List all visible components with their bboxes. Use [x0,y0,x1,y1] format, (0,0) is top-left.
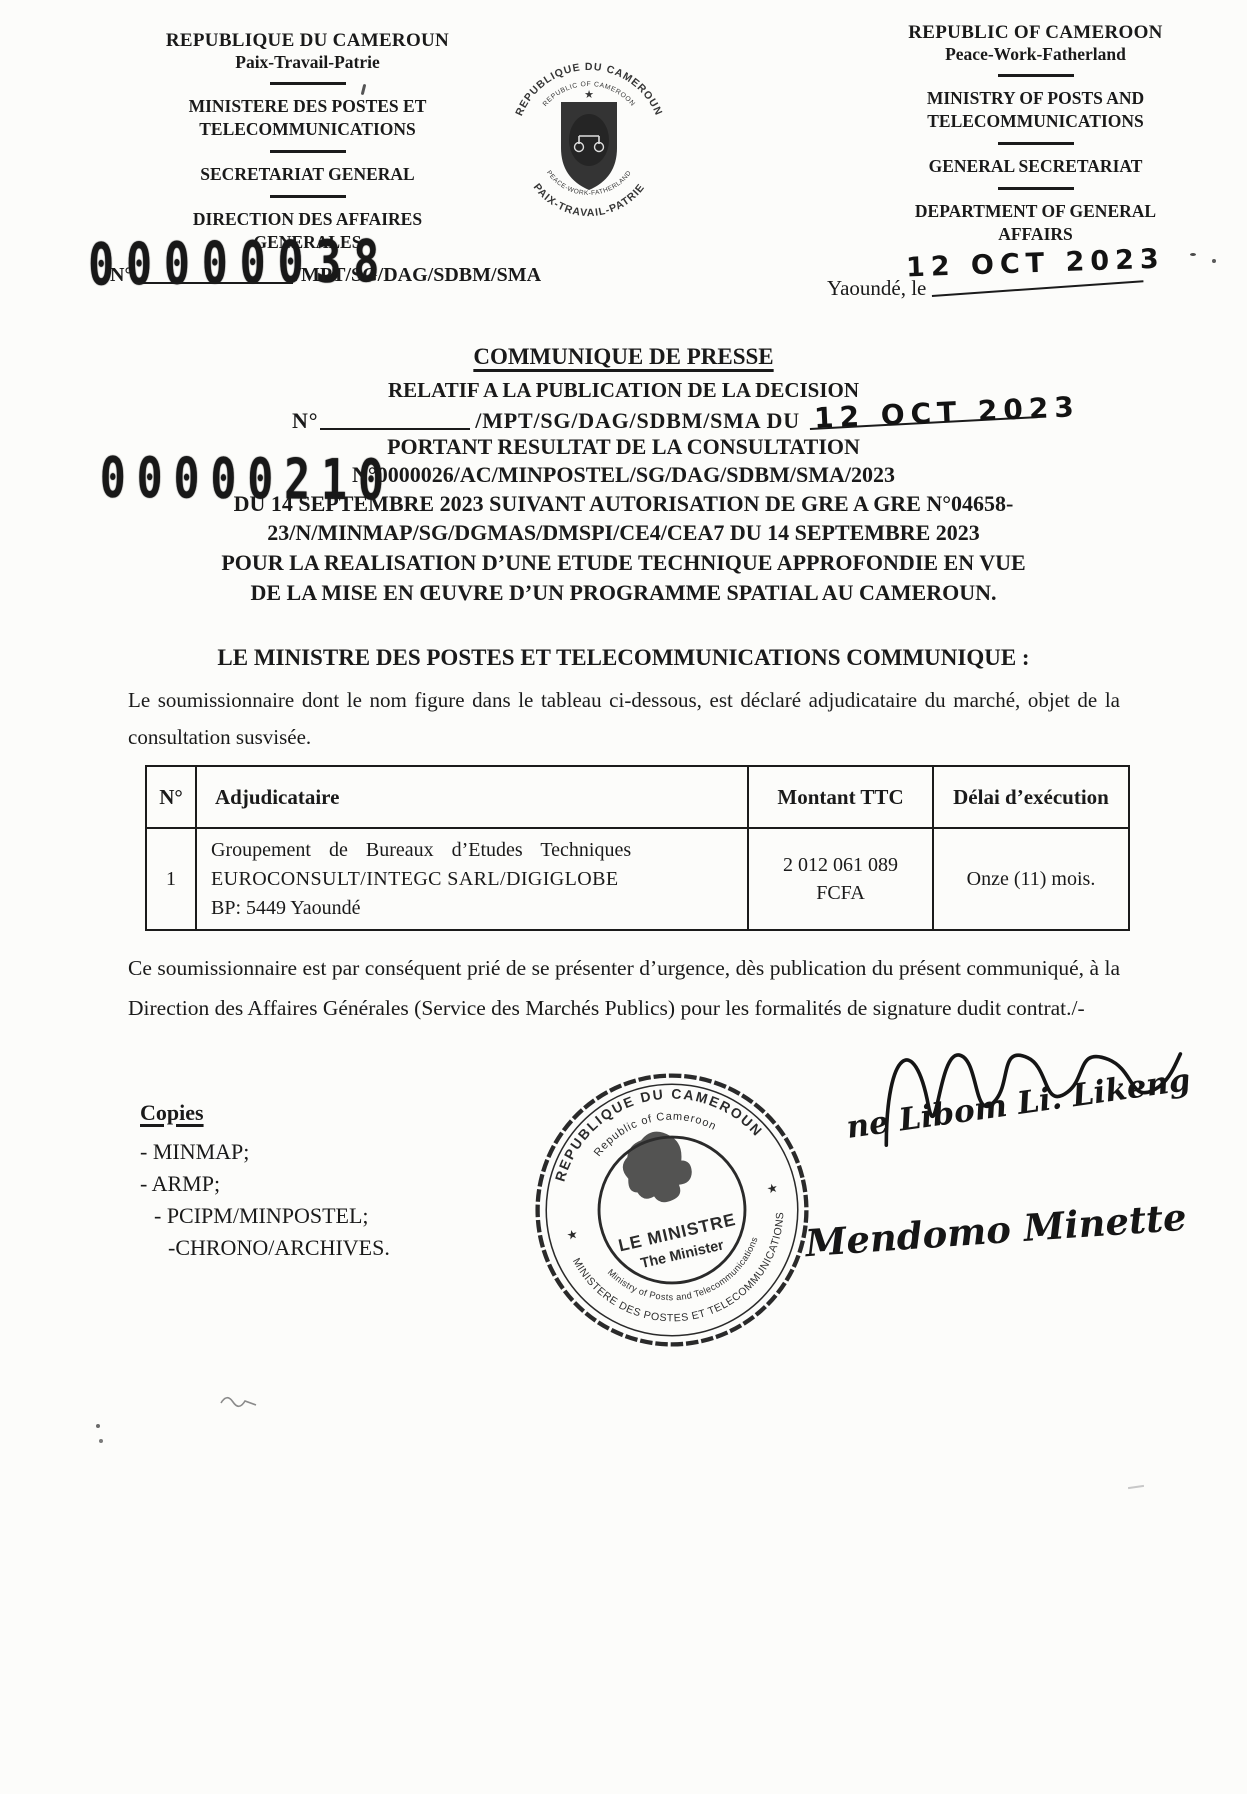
col-header-num: N° [146,766,196,828]
signature-name-line2: Mendomo Minette [804,1195,1188,1266]
title-ref-prefix: N° [292,408,318,434]
cell-delai: Onze (11) mois. [933,828,1129,930]
scan-artifact [1212,259,1216,263]
scanned-press-release-page: REPUBLIQUE DU CAMEROUN Paix-Travail-Patr… [0,0,1247,1794]
emblem-shield-ink [569,114,609,166]
scan-artifact-squiggle [218,1390,260,1412]
coat-of-arms-emblem: REPUBLIQUE DU CAMEROUN REPUBLIC OF CAMER… [505,50,673,242]
title-line-5: N°0000026/AC/MINPOSTEL/SG/DAG/SDBM/SMA/2… [0,462,1247,488]
direction-fr-line1: DIRECTION DES AFFAIRES [150,208,465,231]
divider-line [270,150,346,153]
letterhead-english: REPUBLIC OF CAMEROON Peace-Work-Fatherla… [868,22,1203,246]
scan-artifact [1190,253,1196,256]
blank-line [320,428,470,430]
cell-montant: 2 012 061 089 FCFA [748,828,933,930]
ministry-fr-line2: TELECOMMUNICATIONS [150,118,465,141]
scan-artifact [1128,1485,1144,1489]
ministry-en-line2: TELECOMMUNICATIONS [868,110,1203,133]
col-header-delai: Délai d’exécution [933,766,1129,828]
table-header-row: N° Adjudicataire Montant TTC Délai d’exé… [146,766,1129,828]
award-table: N° Adjudicataire Montant TTC Délai d’exé… [145,765,1130,931]
col-header-adjudicataire: Adjudicataire [196,766,748,828]
montant-amount: 2 012 061 089 [750,851,931,879]
date-slot: 12 OCT 2023 [810,404,1045,434]
title-line-8: POUR LA REALISATION D’UNE ETUDE TECHNIQU… [0,550,1247,576]
motto-en: Peace-Work-Fatherland [868,44,1203,65]
copies-item-pcipm: - PCIPM/MINPOSTEL; [140,1200,390,1232]
copies-item-armp: - ARMP; [140,1168,390,1200]
col-header-montant: Montant TTC [748,766,933,828]
blank-line [135,282,293,284]
cell-adjudicataire: Groupement de Bureaux d’Etudes Technique… [196,828,748,930]
divider-line [270,195,346,198]
copies-title: Copies [140,1100,390,1126]
minister-announce-heading: LE MINISTRE DES POSTES ET TELECOMMUNICAT… [0,645,1247,671]
country-fr: REPUBLIQUE DU CAMEROUN [150,30,465,52]
seal-star-right-icon: ★ [765,1181,779,1197]
copies-item-chrono: -CHRONO/ARCHIVES. [140,1232,390,1264]
cell-num: 1 [146,828,196,930]
ref-suffix: /MPT/SG/DAG/SDBM/SMA [295,264,541,287]
adjudicataire-line1: Groupement de Bureaux d’Etudes Technique… [211,836,737,865]
blank-line [932,280,1144,297]
ministry-fr-line1: MINISTERE DES POSTES ET [150,95,465,118]
adjudicataire-line2: EUROCONSULT/INTEGC SARL/DIGIGLOBE [211,865,737,894]
title-line-4: PORTANT RESULTAT DE LA CONSULTATION [0,434,1247,460]
secretariat-fr: SECRETARIAT GENERAL [150,163,465,186]
title-line-3: N° /MPT/SG/DAG/SDBM/SMA DU 12 OCT 2023 [292,404,1045,434]
adjudicataire-line3: BP: 5449 Yaoundé [211,894,737,923]
title-line-6: DU 14 SEPTEMBRE 2023 SUIVANT AUTORISATIO… [0,491,1247,517]
title-line-9: DE LA MISE EN ŒUVRE D’UN PROGRAMME SPATI… [0,580,1247,606]
ministry-en-line1: MINISTRY OF POSTS AND [868,87,1203,110]
title-line-7: 23/N/MINMAP/SG/DGMAS/DMSPI/CE4/CEA7 DU 1… [0,520,1247,546]
montant-currency: FCFA [750,879,931,907]
letterhead-french: REPUBLIQUE DU CAMEROUN Paix-Travail-Patr… [150,30,465,254]
department-en-line1: DEPARTMENT OF GENERAL [868,200,1203,223]
copies-block: Copies - MINMAP; - ARMP; - PCIPM/MINPOST… [140,1100,390,1264]
divider-line [998,74,1074,77]
table-row: 1 Groupement de Bureaux d’Etudes Techniq… [146,828,1129,930]
emblem-star-icon: ★ [584,89,594,101]
divider-line [998,142,1074,145]
paragraph-award: Le soumissionnaire dont le nom figure da… [128,682,1120,756]
secretariat-en: GENERAL SECRETARIAT [868,155,1203,178]
reference-number-line: N° /MPT/SG/DAG/SDBM/SMA [110,264,541,287]
country-en: REPUBLIC OF CAMEROON [868,22,1203,44]
ref-prefix: N° [110,264,132,287]
divider-line [270,82,346,85]
divider-line [998,187,1074,190]
minister-seal-stamp: REPUBLIQUE DU CAMEROUN Republic of Camer… [499,1037,844,1382]
copies-item-minmap: - MINMAP; [140,1136,390,1168]
title-ref-suffix: /MPT/SG/DAG/SDBM/SMA DU [475,408,800,434]
title-line-1: COMMUNIQUE DE PRESSE [0,344,1247,370]
scan-artifact [96,1424,100,1428]
seal-star-left-icon: ★ [565,1227,579,1243]
motto-fr: Paix-Travail-Patrie [150,52,465,73]
